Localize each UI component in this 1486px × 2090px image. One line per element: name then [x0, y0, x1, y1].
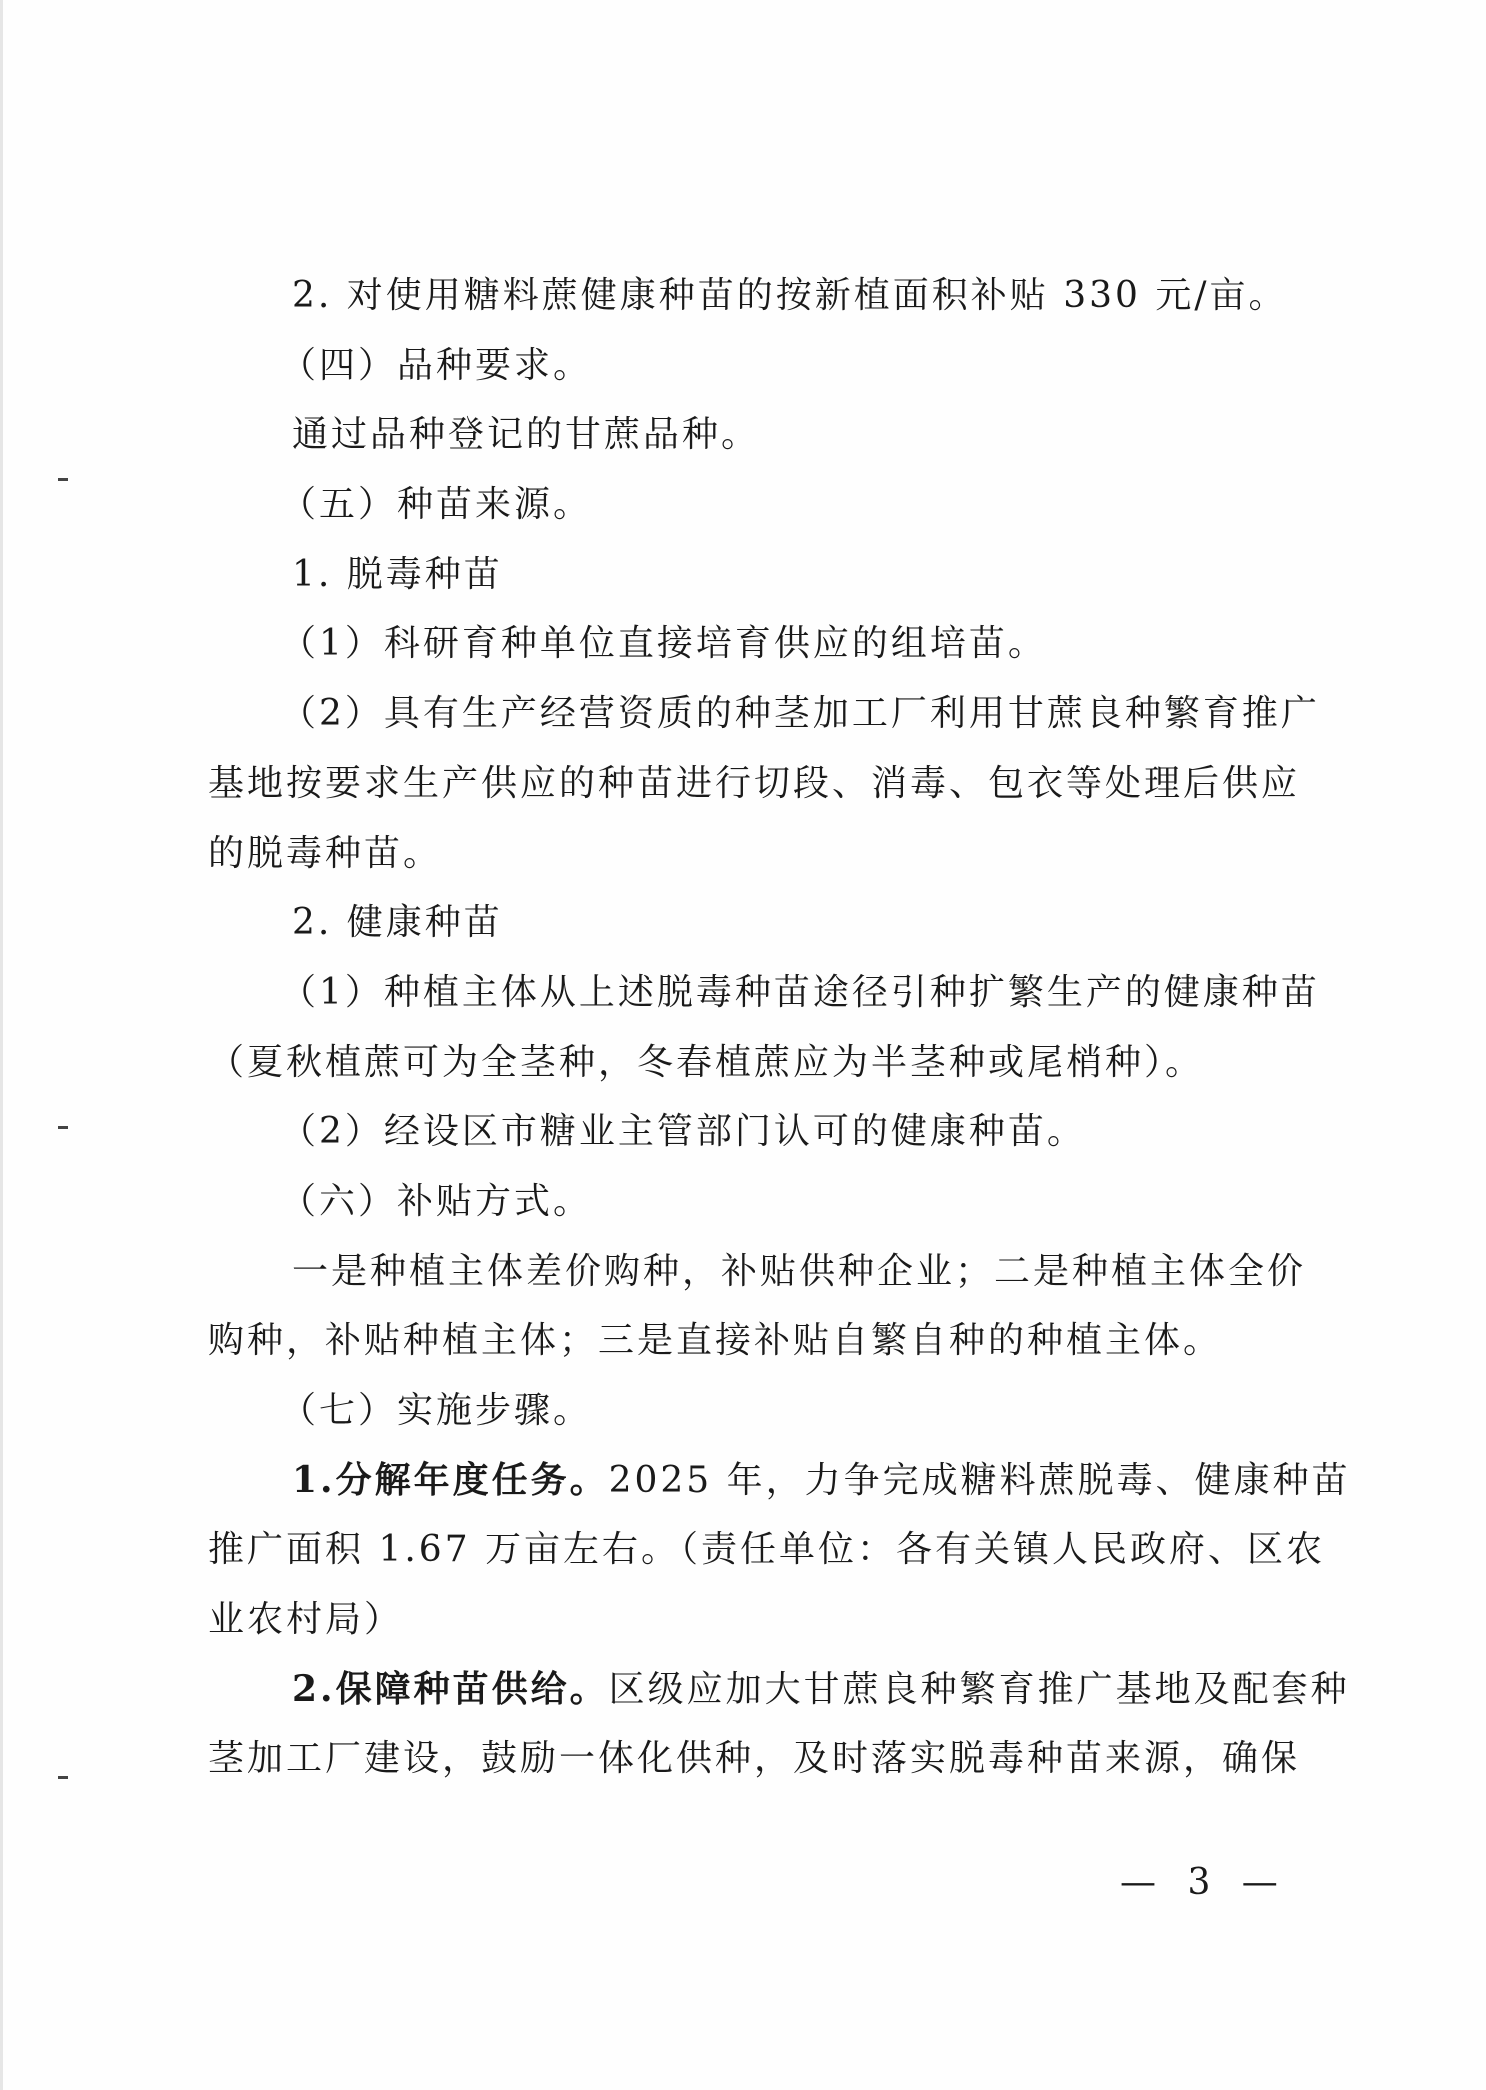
step-2-line-2: 茎加工厂建设，鼓励一体化供种，及时落实脱毒种苗来源，确保 [208, 1724, 1302, 1794]
step-2-heading: 2.保障种苗供给。 [292, 1668, 609, 1710]
scan-edge [0, 0, 3, 2090]
healthy-item-2: （2）经设区市糖业主管部门认可的健康种苗。 [208, 1097, 1302, 1167]
subheading-virus-free-seedlings: 1. 脱毒种苗 [208, 540, 1302, 610]
subsidy-item-2: 2. 对使用糖料蔗健康种苗的按新植面积补贴 330 元/亩。 [208, 261, 1302, 331]
virus-free-item-2-line-2: 基地按要求生产供应的种苗进行切段、消毒、包衣等处理后供应 [208, 749, 1302, 819]
binding-mark [58, 1776, 68, 1779]
binding-mark [58, 478, 68, 481]
healthy-item-1-line-1: （1）种植主体从上述脱毒种苗途径引种扩繁生产的健康种苗 [208, 958, 1302, 1028]
step-2-text: 区级应加大甘蔗良种繁育推广基地及配套种 [609, 1669, 1350, 1710]
step-2-line-1: 2.保障种苗供给。区级应加大甘蔗良种繁育推广基地及配套种 [208, 1655, 1302, 1725]
variety-requirement-text: 通过品种登记的甘蔗品种。 [208, 400, 1302, 470]
document-body: 2. 对使用糖料蔗健康种苗的按新植面积补贴 330 元/亩。 （四）品种要求。 … [208, 261, 1302, 1794]
subsidy-method-line-1: 一是种植主体差价购种，补贴供种企业；二是种植主体全价 [208, 1237, 1302, 1307]
step-1-text: 2025 年，力争完成糖料蔗脱毒、健康种苗 [609, 1460, 1351, 1501]
binding-mark [58, 1126, 68, 1129]
step-1-line-2: 推广面积 1.67 万亩左右。（责任单位：各有关镇人民政府、区农 [208, 1515, 1302, 1585]
document-page: 2. 对使用糖料蔗健康种苗的按新植面积补贴 330 元/亩。 （四）品种要求。 … [0, 0, 1486, 2090]
section-heading-seedling-source: （五）种苗来源。 [208, 470, 1302, 540]
step-1-line-3: 业农村局） [208, 1585, 1302, 1655]
virus-free-item-2-line-3: 的脱毒种苗。 [208, 819, 1302, 889]
page-number: — 3 — [1120, 1862, 1288, 1903]
step-1-heading: 1.分解年度任务。 [292, 1459, 609, 1501]
virus-free-item-2-line-1: （2）具有生产经营资质的种茎加工厂利用甘蔗良种繁育推广 [208, 679, 1302, 749]
virus-free-item-1: （1）科研育种单位直接培育供应的组培苗。 [208, 609, 1302, 679]
subsidy-method-line-2: 购种，补贴种植主体；三是直接补贴自繁自种的种植主体。 [208, 1306, 1302, 1376]
section-heading-variety-requirements: （四）品种要求。 [208, 331, 1302, 401]
subheading-healthy-seedlings: 2. 健康种苗 [208, 888, 1302, 958]
section-heading-subsidy-method: （六）补贴方式。 [208, 1167, 1302, 1237]
section-heading-implementation-steps: （七）实施步骤。 [208, 1376, 1302, 1446]
healthy-item-1-line-2: （夏秋植蔗可为全茎种，冬春植蔗应为半茎种或尾梢种）。 [208, 1028, 1302, 1098]
step-1-line-1: 1.分解年度任务。2025 年，力争完成糖料蔗脱毒、健康种苗 [208, 1446, 1302, 1516]
